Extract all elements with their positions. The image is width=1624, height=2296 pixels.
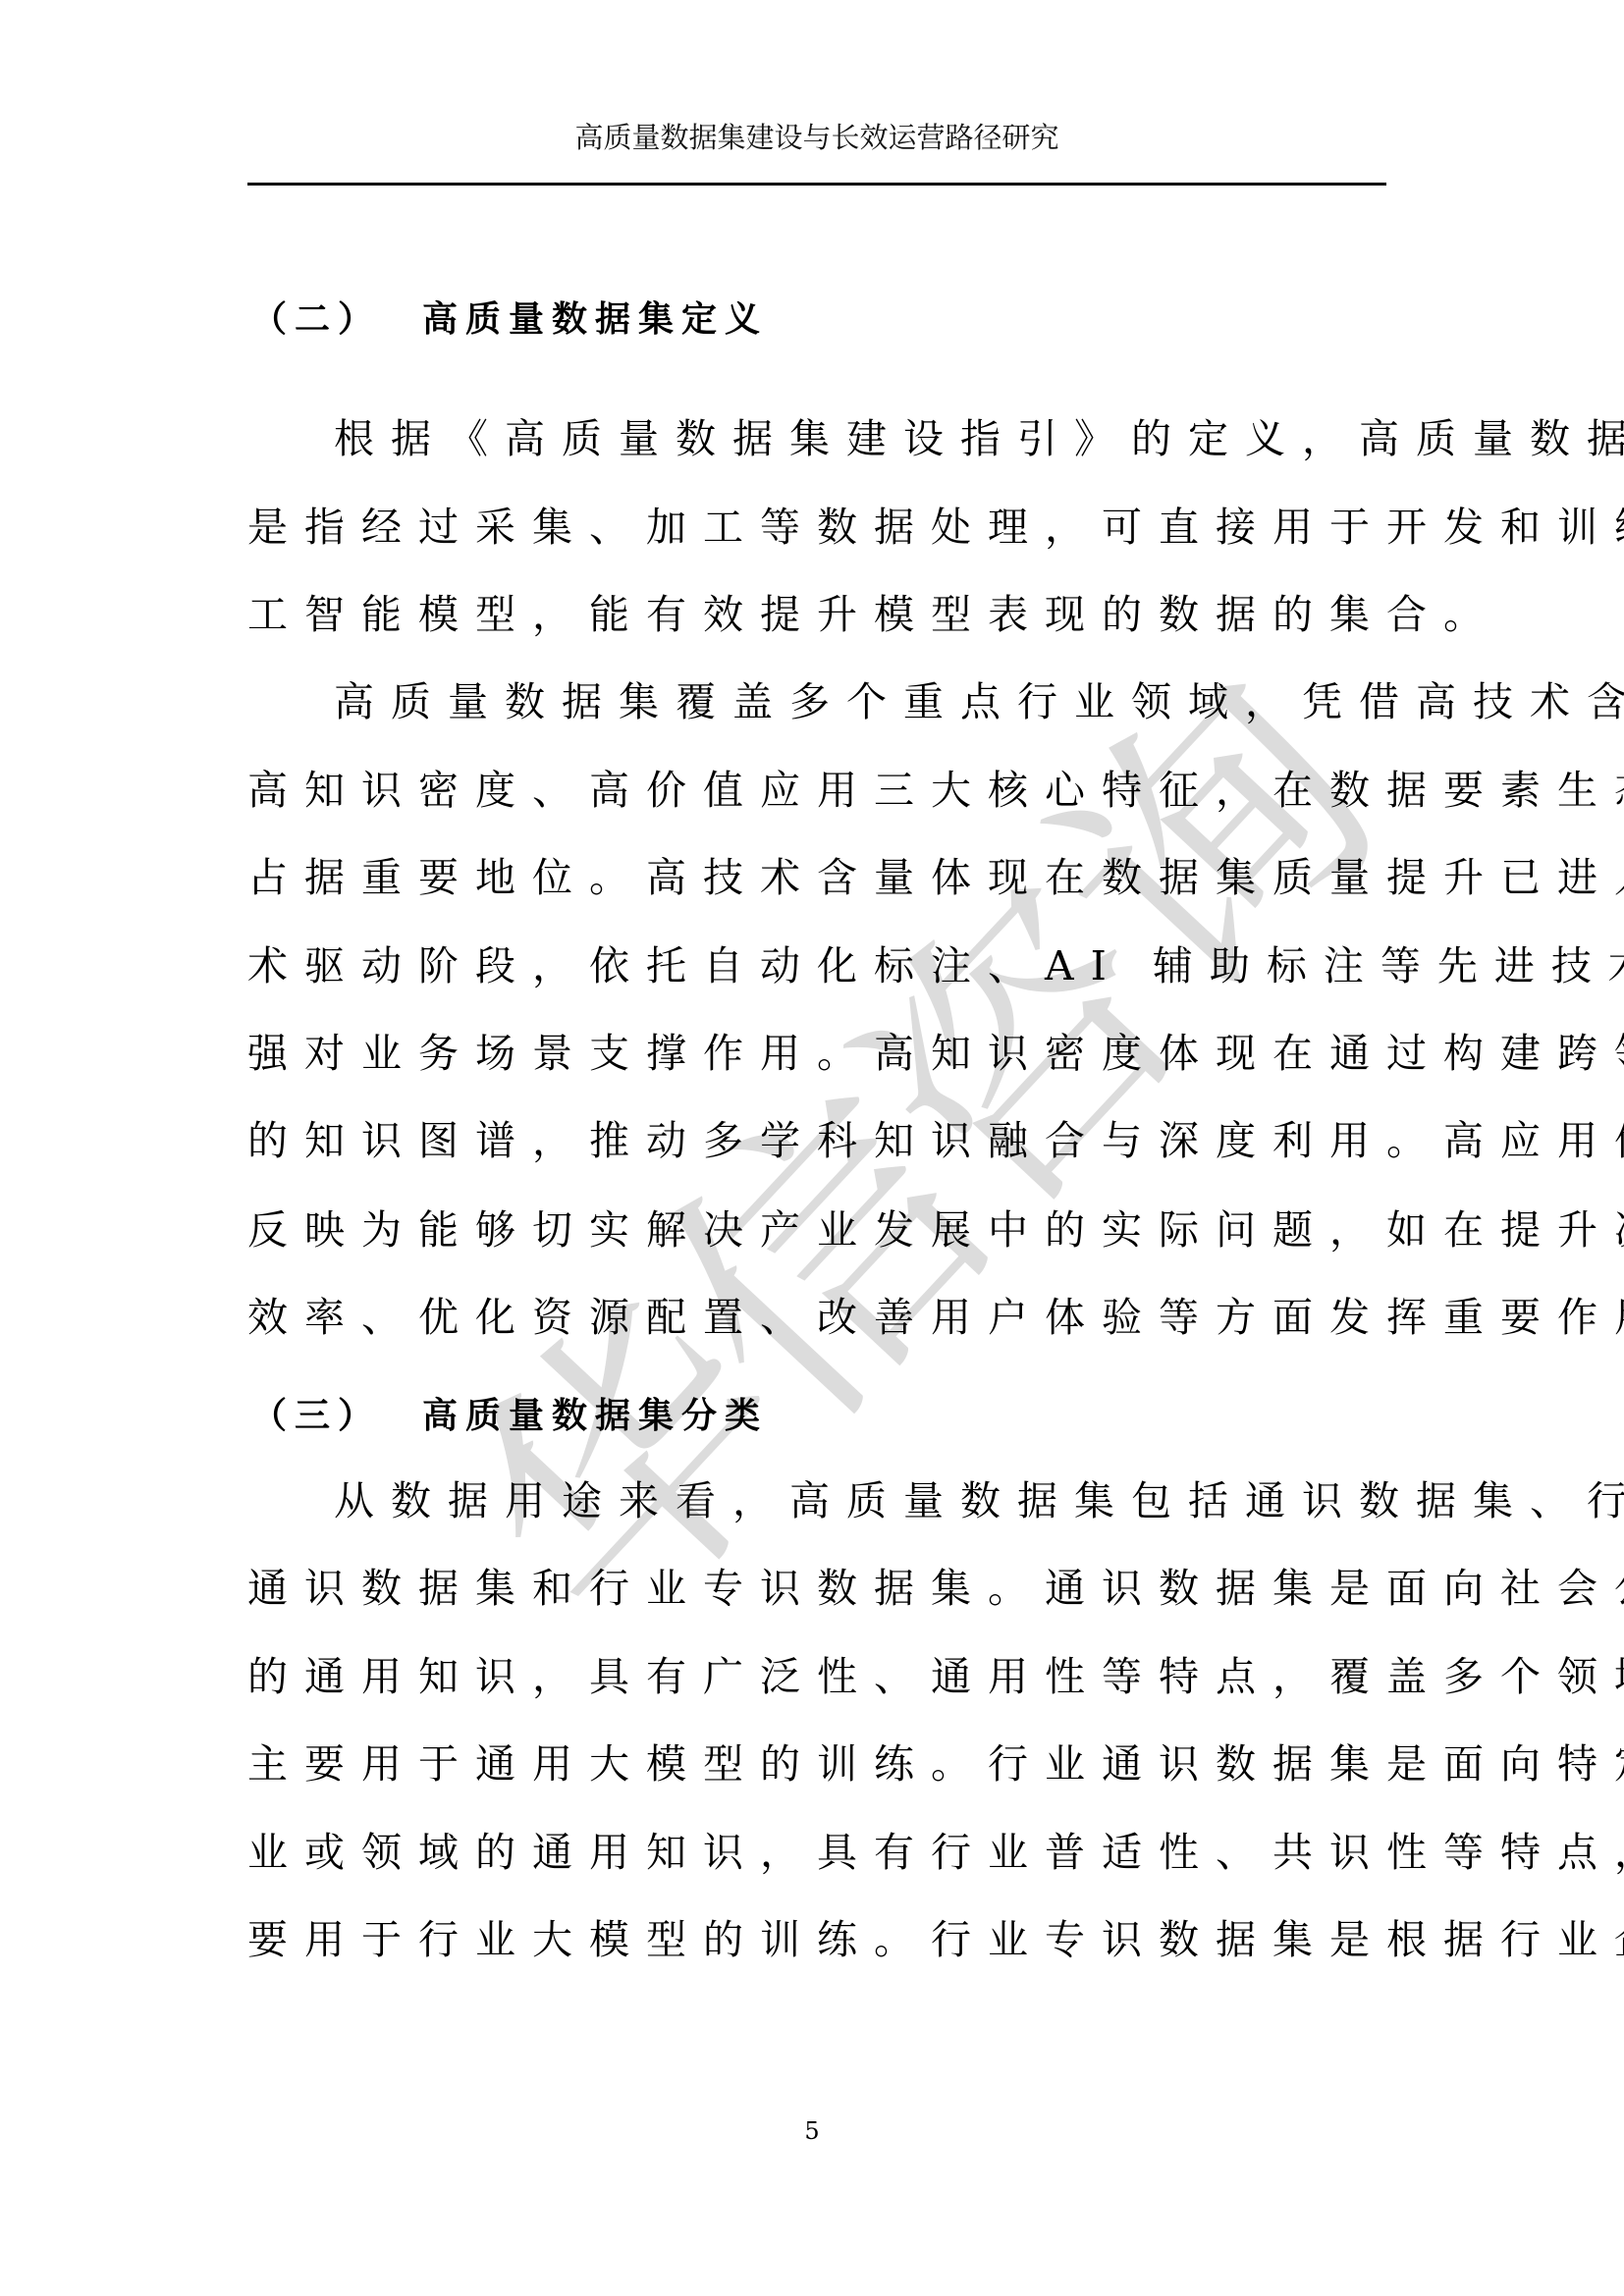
section-title: 高质量数据集分类 xyxy=(422,1386,768,1445)
section-heading: （二） 高质量数据集定义 xyxy=(251,290,1135,348)
document-page: 高质量数据集建设与长效运营路径研究 华信咨询 （二） 高质量数据集定义 根据《高… xyxy=(0,0,1624,2296)
section-title: 高质量数据集定义 xyxy=(422,290,768,348)
paragraph-line: 根据《高质量数据集建设指引》的定义，高质量数据集 xyxy=(334,409,1624,468)
section-number: （二） xyxy=(251,290,381,348)
paragraph-line: 通识数据集和行业专识数据集。通识数据集是面向社会公众 xyxy=(247,1559,1624,1618)
paragraph-line: 高质量数据集覆盖多个重点行业领域，凭借高技术含量、 xyxy=(334,672,1624,731)
paragraph-line: 术驱动阶段，依托自动化标注、AI 辅助标注等先进技术，增 xyxy=(247,936,1624,995)
paragraph-line: 主要用于通用大模型的训练。行业通识数据集是面向特定行 xyxy=(247,1735,1624,1793)
running-header: 高质量数据集建设与长效运营路径研究 xyxy=(247,120,1386,155)
paragraph-line: 占据重要地位。高技术含量体现在数据集质量提升已进入技 xyxy=(247,848,1624,907)
paragraph-line: 是指经过采集、加工等数据处理，可直接用于开发和训练人 xyxy=(247,498,1624,557)
paragraph-line: 强对业务场景支撑作用。高知识密度体现在通过构建跨领域 xyxy=(247,1024,1624,1083)
page-number: 5 xyxy=(785,2116,839,2146)
paragraph-line: 的知识图谱，推动多学科知识融合与深度利用。高应用价值 xyxy=(247,1111,1624,1170)
section-number: （三） xyxy=(251,1386,381,1445)
paragraph-line: 业或领域的通用知识，具有行业普适性、共识性等特点，主 xyxy=(247,1823,1624,1882)
paragraph-line: 高知识密度、高价值应用三大核心特征，在数据要素生态中 xyxy=(247,761,1624,820)
paragraph-line: 的通用知识，具有广泛性、通用性等特点，覆盖多个领域， xyxy=(247,1647,1624,1706)
paragraph-line: 效率、优化资源配置、改善用户体验等方面发挥重要作用。 xyxy=(247,1288,1624,1347)
section-heading: （三） 高质量数据集分类 xyxy=(251,1386,1135,1445)
paragraph-line: 要用于行业大模型的训练。行业专识数据集是根据行业企业 xyxy=(247,1910,1624,1969)
header-rule xyxy=(247,183,1386,186)
paragraph-line: 反映为能够切实解决产业发展中的实际问题，如在提升决策 xyxy=(247,1201,1624,1259)
paragraph-line: 工智能模型，能有效提升模型表现的数据的集合。 xyxy=(247,585,1500,644)
paragraph-line: 从数据用途来看，高质量数据集包括通识数据集、行业 xyxy=(334,1471,1624,1530)
